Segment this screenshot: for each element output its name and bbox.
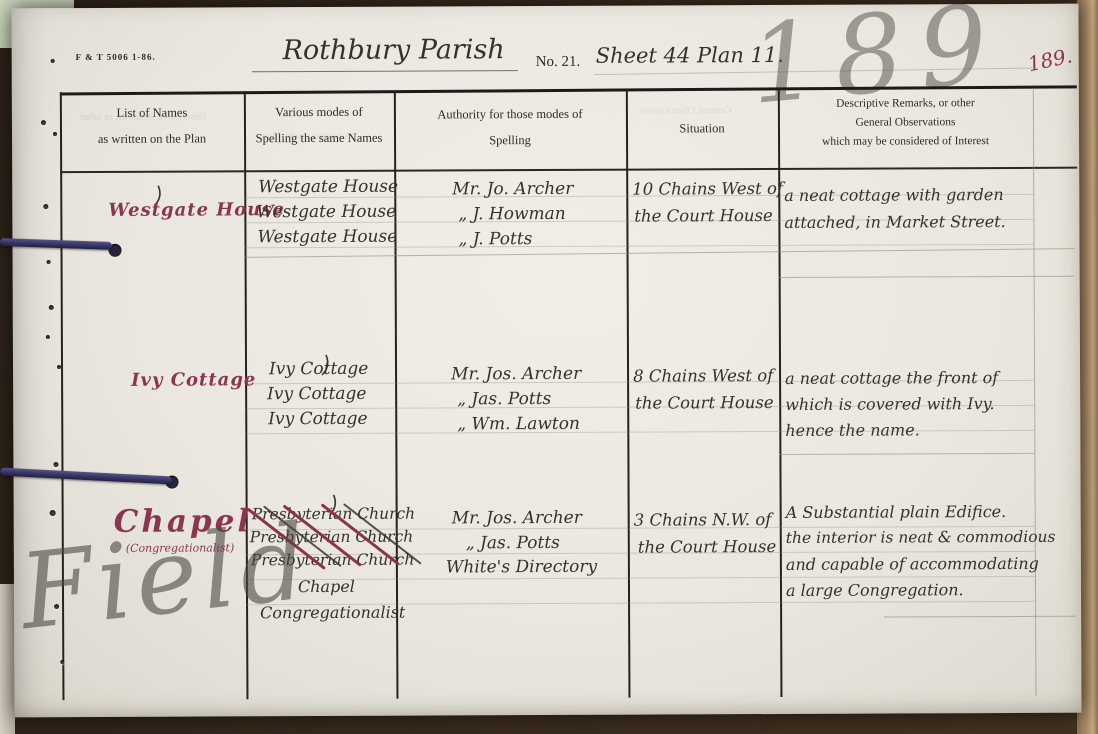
header-line: Descriptive Remarks, or other (780, 94, 1031, 114)
authority-entry: White's Directory (446, 557, 597, 578)
remarks-line: which is covered with Ivy. (785, 394, 995, 414)
spelling-entry: Westgate House (257, 227, 397, 248)
header-line: which may be considered of Interest (780, 132, 1031, 152)
remarks-line: and capable of accommodating (786, 554, 1039, 574)
header-line: as written on the Plan (62, 125, 242, 152)
authority-entry: „ Wm. Lawton (457, 414, 580, 435)
remarks-line: a large Congregation. (786, 580, 964, 600)
binding-hole (50, 510, 56, 516)
ruled-line (779, 453, 1034, 455)
situation-line: 10 Chains West of (632, 179, 783, 199)
binding-hole (57, 365, 61, 369)
page-stack-edge (0, 584, 15, 734)
binding-hole (51, 59, 55, 63)
table-header-border (60, 167, 1077, 173)
binding-hole (49, 305, 54, 310)
column-header-authority: Authority for those modes of Spelling (396, 101, 624, 154)
parish-name-handwritten: Rothbury Parish (274, 34, 514, 66)
column-header-spellings: Various modes of Spelling the same Names (246, 99, 392, 152)
remarks-line: attached, in Market Street. (784, 212, 1005, 232)
situation-line: the Court House (638, 537, 776, 557)
bleedthrough-text: Descriptive Remarks, or other (80, 111, 207, 123)
field-scrawl-pencil: Field (14, 500, 317, 653)
authority-entry: Mr. Jos. Archer (452, 508, 582, 529)
table-vline (626, 90, 630, 698)
authority-entry: Mr. Jo. Archer (452, 179, 573, 200)
column-header-names: List of Names as written on the Plan (62, 99, 242, 152)
header-line: Authority for those modes of (396, 101, 624, 128)
column-header-remarks: Descriptive Remarks, or other General Ob… (780, 94, 1031, 152)
authority-entry: „ J. Potts (458, 229, 532, 249)
remarks-line: hence the name. (785, 420, 920, 440)
ruled-line (245, 248, 1075, 258)
form-reference: F & T 5006 1-86. (76, 52, 156, 62)
sheet-number-label: No. 21. (536, 54, 581, 71)
authority-entry: „ J. Howman (458, 204, 565, 224)
folio-number-red: 189. (1026, 43, 1075, 76)
authority-entry: Mr. Jos. Archer (451, 364, 581, 385)
binding-hole (43, 204, 48, 209)
scanned-book-photo: { "page_header": { "form_ref": "F & T 50… (0, 0, 1098, 734)
binding-hole (54, 604, 59, 609)
strike-slash (321, 503, 400, 565)
spelling-entry: Ivy Cottage (267, 384, 366, 404)
spelling-entry: Westgate House (258, 177, 398, 198)
authority-entry: „ Jas. Potts (466, 533, 560, 553)
binding-hole (60, 660, 64, 664)
bleedthrough-text: General Observations (640, 105, 731, 116)
header-line: General Observations (780, 113, 1031, 133)
spelling-entry: Ivy Cottage (269, 359, 368, 379)
binding-hole (47, 260, 51, 264)
spelling-entry: Westgate House (256, 202, 396, 223)
binding-hole (53, 462, 58, 467)
ruled-line (884, 616, 1076, 618)
remarks-line: A Substantial plain Edifice. (786, 502, 1007, 522)
remarks-line: the interior is neat & commodious (786, 528, 1056, 547)
binding-hole (53, 132, 57, 136)
binding-hole (46, 335, 50, 339)
header-line: Situation (628, 115, 776, 142)
column-header-situation: Situation (628, 115, 776, 142)
ruled-line (779, 276, 1075, 278)
authority-entry: „ Jas. Potts (457, 389, 551, 409)
table-vline-margin (1033, 88, 1037, 696)
header-line: Spelling (396, 127, 624, 154)
binding-hole (41, 120, 46, 125)
remarks-line: a neat cottage the front of (785, 368, 998, 388)
header-line: Various modes of (246, 99, 392, 126)
remarks-line: a neat cottage with garden (784, 185, 1003, 205)
situation-line: 3 Chains N.W. of (634, 510, 772, 530)
parish-baseline (252, 70, 518, 72)
name-book-page: F & T 5006 1-86. Rothbury Parish No. 21.… (11, 4, 1081, 718)
situation-line: the Court House (634, 206, 772, 226)
situation-line: the Court House (635, 393, 773, 413)
plan-name: Ivy Cottage (131, 369, 256, 391)
situation-line: 8 Chains West of (633, 366, 773, 386)
spelling-entry: Ivy Cottage (268, 409, 367, 429)
bleedthrough-text: as written on the Plan (262, 131, 353, 142)
